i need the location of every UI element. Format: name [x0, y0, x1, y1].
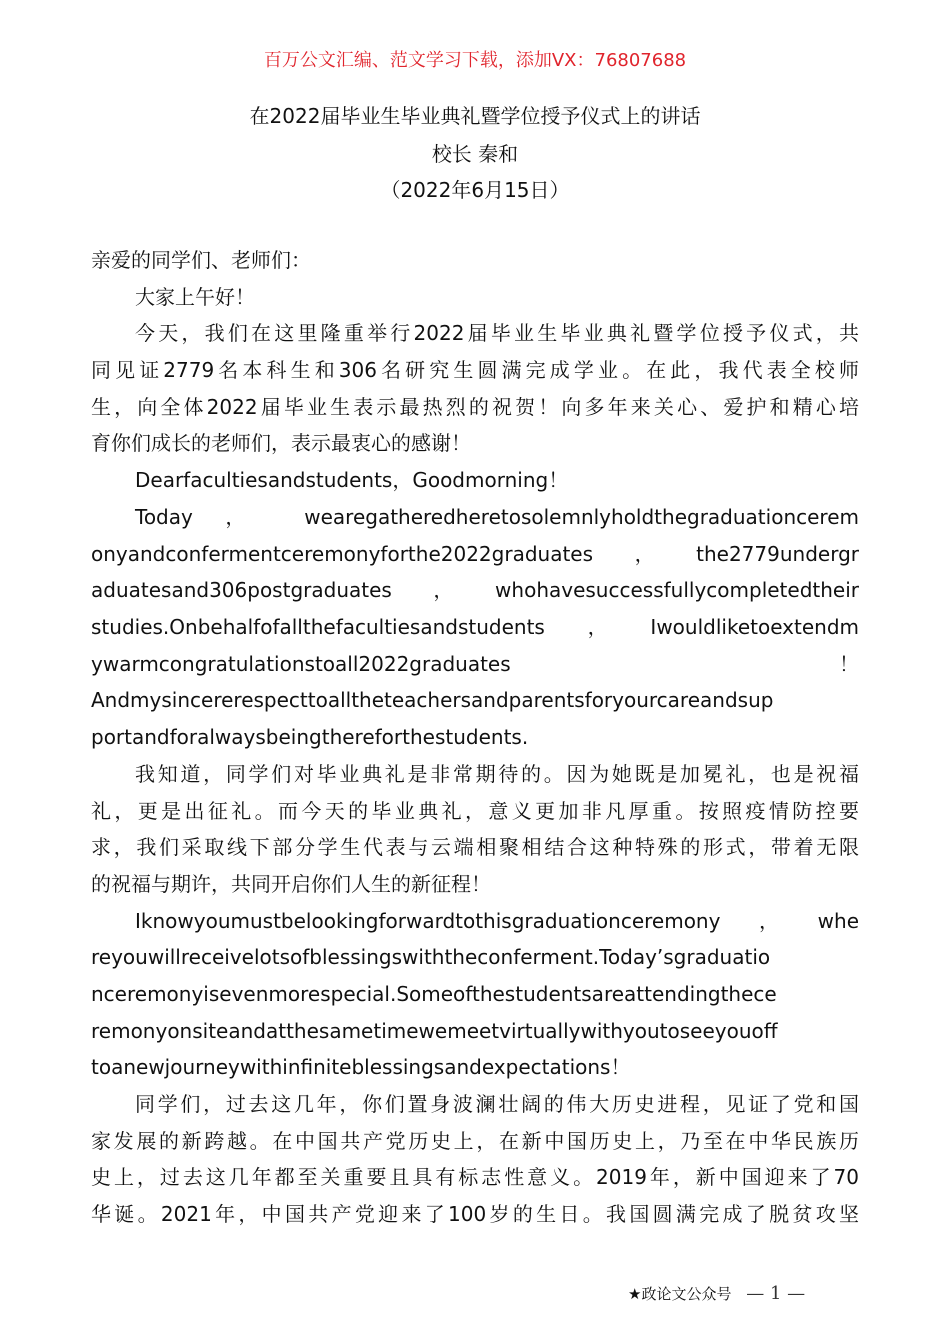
- speaker-line: 校长 秦和: [0, 138, 950, 167]
- page-number: — 1 —: [746, 1283, 805, 1304]
- body-line: Dearfacultiesandstudents，Goodmorning！: [91, 466, 859, 494]
- promo-banner: 百万公文汇编、范文学习下载，添加VX：76807688: [0, 46, 950, 72]
- footer-source: ★政论文公众号: [628, 1285, 731, 1303]
- body-line: 亲爱的同学们、老师们：: [91, 246, 859, 274]
- page-footer: ★政论文公众号 — 1 —: [628, 1283, 805, 1304]
- body-line: nceremonyisevenmorespecial.Someofthestud…: [91, 980, 859, 1008]
- body-line: portandforalwaysbeingthereforthestudents…: [91, 723, 859, 751]
- body-line: 今天，我们在这里隆重举行2022届毕业生毕业典礼暨学位授予仪式，共: [91, 319, 859, 347]
- body-line: 家发展的新跨越。在中国共产党历史上，在新中国历史上，乃至在中华民族历: [91, 1127, 859, 1155]
- body-line: 大家上午好！: [91, 283, 859, 311]
- body-line: reyouwillreceivelotsofblessingswiththeco…: [91, 943, 859, 971]
- body-line: 同学们，过去这几年，你们置身波澜壮阔的伟大历史进程，见证了党和国: [91, 1090, 859, 1118]
- body-line: Andmysincererespecttoalltheteachersandpa…: [91, 686, 859, 714]
- document-title: 在2022届毕业生毕业典礼暨学位授予仪式上的讲话: [0, 100, 950, 129]
- body-line: 礼，更是出征礼。而今天的毕业典礼，意义更加非凡厚重。按照疫情防控要: [91, 797, 859, 825]
- body-line: studies.Onbehalfofallthefacultiesandstud…: [91, 613, 859, 641]
- body-line: 生，向全体2022届毕业生表示最热烈的祝贺！向多年来关心、爱护和精心培: [91, 393, 859, 421]
- speech-date: （2022年6月15日）: [0, 174, 950, 203]
- body-line: remonyonsiteandatthesametimewemeetvirtua…: [91, 1017, 859, 1045]
- body-line: 同见证2779名本科生和306名研究生圆满完成学业。在此，我代表全校师: [91, 356, 859, 384]
- body-line: aduatesand306postgraduates，whohavesucces…: [91, 576, 859, 604]
- body-line: onyandconfermentceremonyforthe2022gradua…: [91, 540, 859, 568]
- body-line: Iknowyoumustbelookingforwardtothisgradua…: [91, 907, 859, 935]
- body-line: toanewjourneywithinfiniteblessingsandexp…: [91, 1053, 859, 1081]
- body-line: 华诞。2021年，中国共产党迎来了100岁的生日。我国圆满完成了脱贫攻坚: [91, 1200, 859, 1228]
- body-line: 史上，过去这几年都至关重要且具有标志性意义。2019年，新中国迎来了70: [91, 1163, 859, 1191]
- body-line: ywarmcongratulationstoall2022graduates ！: [91, 650, 859, 678]
- body-line: 求，我们采取线下部分学生代表与云端相聚相结合这种特殊的形式，带着无限: [91, 833, 859, 861]
- body-line: 我知道，同学们对毕业典礼是非常期待的。因为她既是加冕礼，也是祝福: [91, 760, 859, 788]
- body-line: 的祝福与期许，共同开启你们人生的新征程！: [91, 870, 859, 898]
- body-line: Today ， wearegatheredheretosolemnlyholdt…: [91, 503, 859, 531]
- body-line: 育你们成长的老师们，表示最衷心的感谢！: [91, 429, 859, 457]
